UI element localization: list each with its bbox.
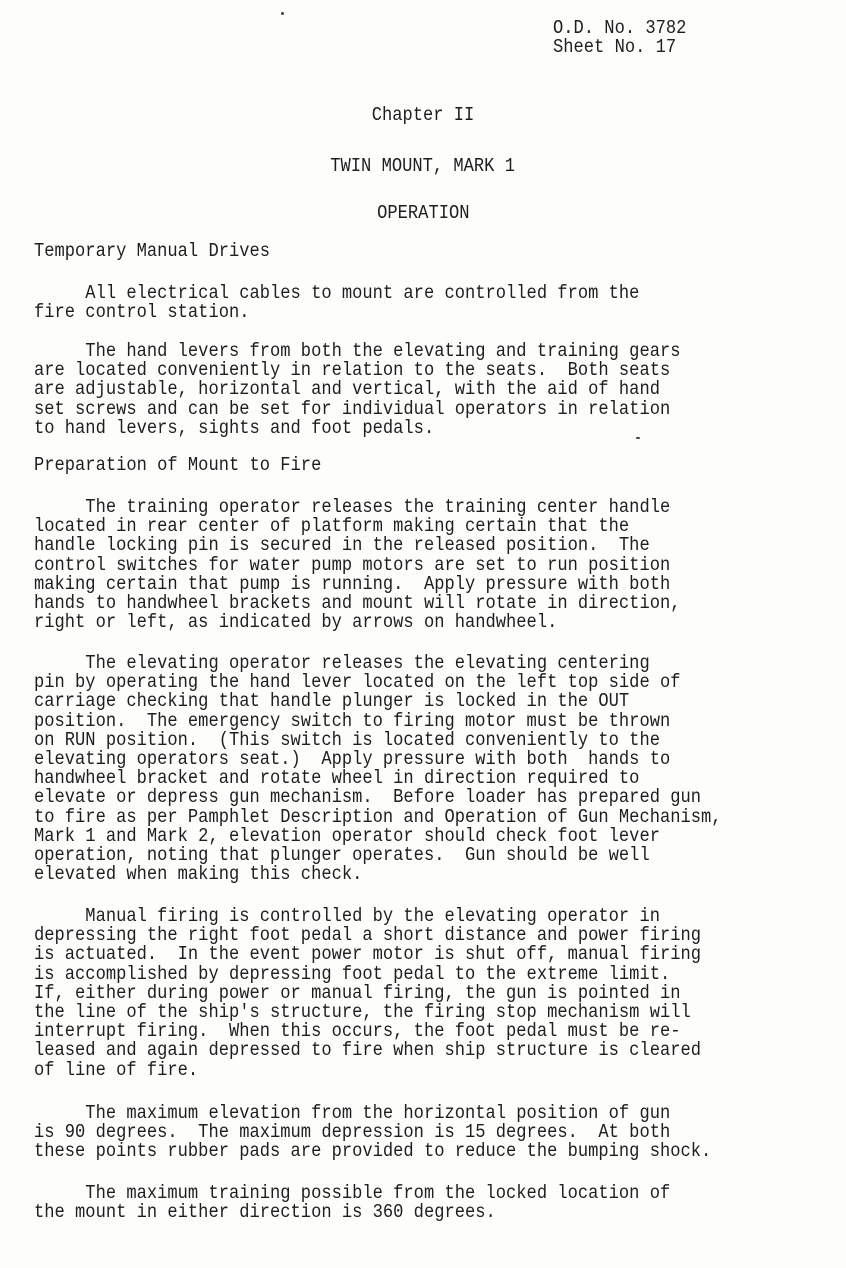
paragraph-line: position. The emergency switch to firing… [34,712,670,731]
paragraph-line: leased and again depressed to fire when … [34,1041,701,1060]
paragraph-line: on RUN position. (This switch is located… [34,731,660,750]
paragraph-line: is actuated. In the event power motor is… [34,945,701,964]
chapter-title: Chapter II [0,106,846,125]
scan-speck [636,437,640,439]
paragraph-line: handwheel bracket and rotate wheel in di… [34,769,639,788]
paragraph-line: operation, noting that plunger operates.… [34,846,650,865]
paragraph-line: are located conveniently in relation to … [34,361,670,380]
paragraph-line: making certain that pump is running. App… [34,575,670,594]
paragraph-line: to hand levers, sights and foot pedals. [34,419,434,438]
paragraph-line: carriage checking that handle plunger is… [34,692,629,711]
paragraph-line: If, either during power or manual firing… [34,984,680,1003]
paragraph-line: located in rear center of platform makin… [34,517,629,536]
paragraph-line: interrupt firing. When this occurs, the … [34,1022,680,1041]
section-heading: Temporary Manual Drives [34,242,270,261]
paragraph-line: handle locking pin is secured in the rel… [34,536,650,555]
section-title: OPERATION [0,204,846,223]
paragraph-line: The maximum elevation from the horizonta… [34,1104,670,1123]
paragraph-line: elevate or depress gun mechanism. Before… [34,788,701,807]
paragraph-line: Manual firing is controlled by the eleva… [34,907,660,926]
paragraph-line: right or left, as indicated by arrows on… [34,613,557,632]
paragraph-line: are adjustable, horizontal and vertical,… [34,380,660,399]
paragraph-line: hands to handwheel brackets and mount wi… [34,594,680,613]
paragraph-line: The elevating operator releases the elev… [34,654,650,673]
paragraph-line: of line of fire. [34,1061,198,1080]
paragraph-line: the mount in either direction is 360 deg… [34,1203,496,1222]
paragraph-line: is 90 degrees. The maximum depression is… [34,1123,670,1142]
paragraph-line: elevating operators seat.) Apply pressur… [34,750,670,769]
paragraph-line: control switches for water pump motors a… [34,556,670,575]
paragraph-line: these points rubber pads are provided to… [34,1142,711,1161]
paragraph-line: is accomplished by depressing foot pedal… [34,965,670,984]
document-page: O.D. No. 3782 Sheet No. 17 Chapter II TW… [0,0,846,1268]
sheet-number: Sheet No. 17 [553,38,676,57]
section-heading: Preparation of Mount to Fire [34,456,321,475]
paragraph-line: elevated when making this check. [34,865,362,884]
paragraph-line: Mark 1 and Mark 2, elevation operator sh… [34,827,660,846]
paragraph-line: The hand levers from both the elevating … [34,342,680,361]
scan-speck [281,12,284,15]
paragraph-line: the line of the ship's structure, the fi… [34,1003,691,1022]
paragraph-line: The training operator releases the train… [34,498,670,517]
subject-title: TWIN MOUNT, MARK 1 [0,157,846,176]
paragraph-line: set screws and can be set for individual… [34,400,670,419]
paragraph-line: fire control station. [34,303,250,322]
paragraph-line: The maximum training possible from the l… [34,1184,670,1203]
paragraph-line: pin by operating the hand lever located … [34,673,680,692]
paragraph-line: depressing the right foot pedal a short … [34,926,701,945]
paragraph-line: to fire as per Pamphlet Description and … [34,808,722,827]
paragraph-line: All electrical cables to mount are contr… [34,284,639,303]
